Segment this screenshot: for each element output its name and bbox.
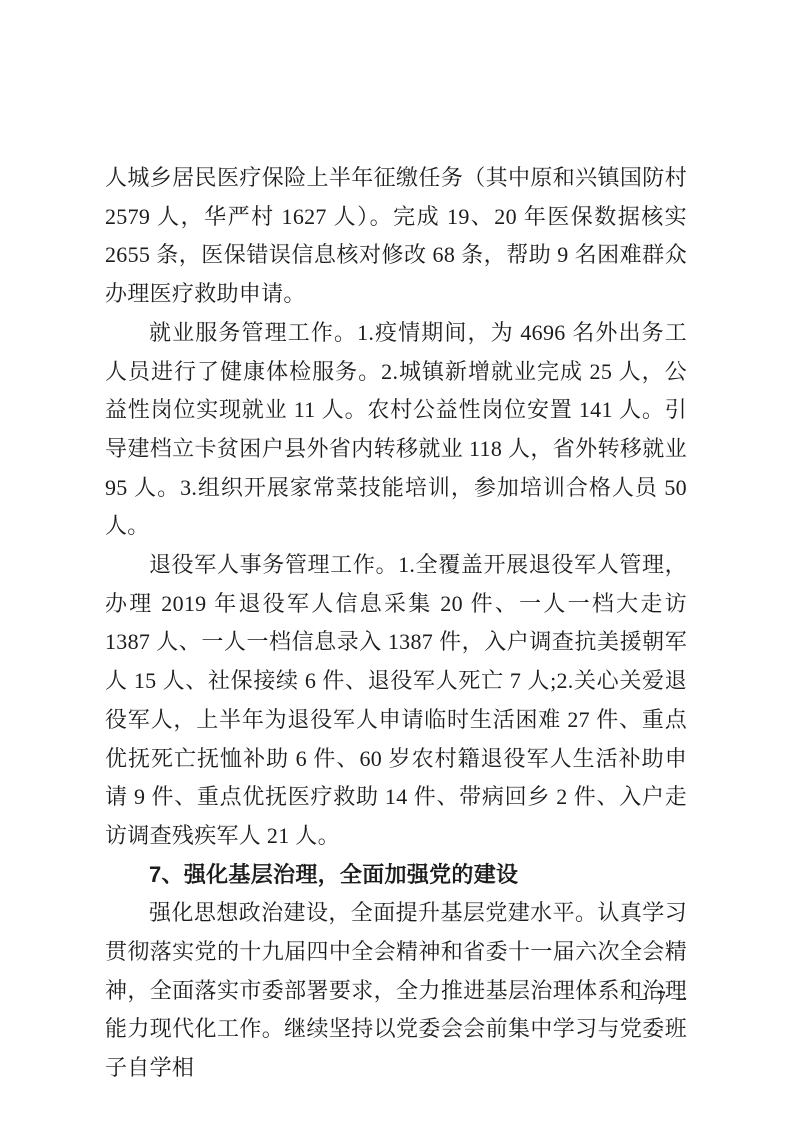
section-heading-grassroots-governance: 7、强化基层治理，全面加强党的建设 [105, 856, 687, 895]
document-page: 人城乡居民医疗保险上半年征缴任务（其中原和兴镇国防村 2579 人，华严村 16… [0, 0, 793, 1122]
paragraph-employment-services: 就业服务管理工作。1.疫情期间，为 4696 名外出务工人员进行了健康体检服务。… [105, 314, 687, 546]
paragraph-medical-insurance: 人城乡居民医疗保险上半年征缴任务（其中原和兴镇国防村 2579 人，华严村 16… [105, 159, 687, 314]
paragraph-veterans-affairs: 退役军人事务管理工作。1.全覆盖开展退役军人管理，办理 2019 年退役军人信息… [105, 546, 687, 856]
document-body: 人城乡居民医疗保险上半年征缴任务（其中原和兴镇国防村 2579 人，华严村 16… [105, 159, 687, 1088]
paragraph-party-building: 强化思想政治建设，全面提升基层党建水平。认真学习贯彻落实党的十九届四中全会精神和… [105, 894, 687, 1088]
page-number: – 7 – [636, 988, 689, 1010]
